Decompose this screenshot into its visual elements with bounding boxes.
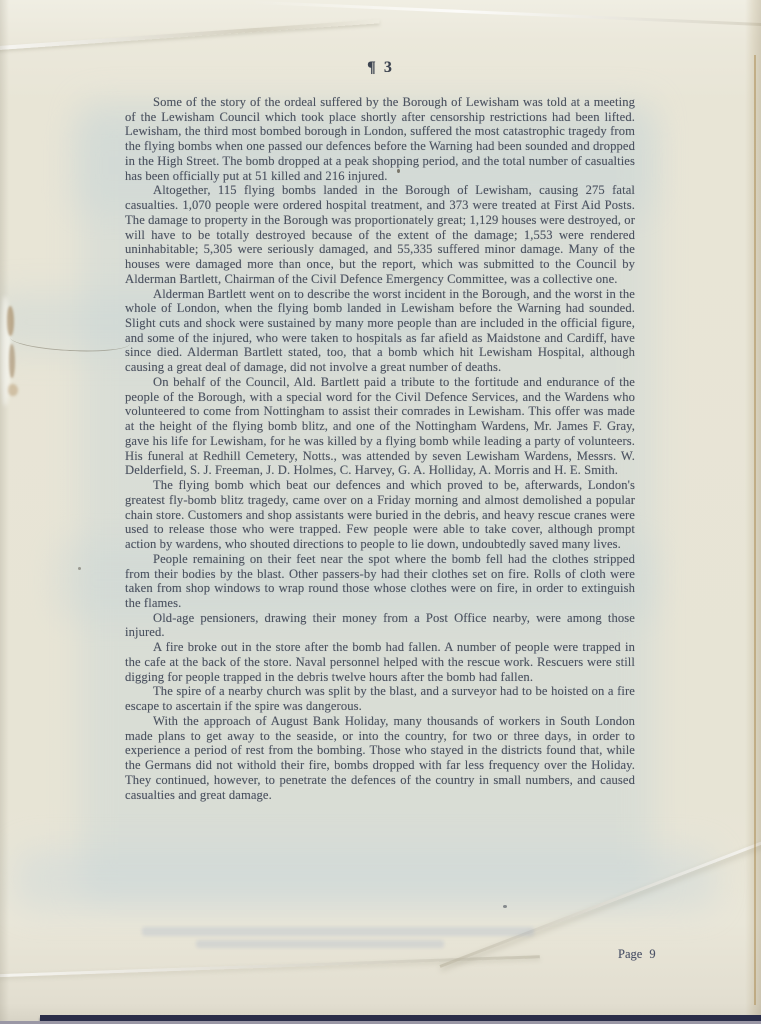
- page-corner-fold: [439, 822, 761, 968]
- paragraph: The flying bomb which beat our defences …: [125, 478, 635, 552]
- paragraph: On behalf of the Council, Ald. Bartlett …: [125, 375, 635, 478]
- paper-tear: [8, 384, 18, 396]
- paper-crease: [0, 19, 380, 52]
- scan-edge-bottom: [40, 1015, 761, 1021]
- page-edge-line: [754, 55, 756, 1005]
- bleed-through-smudge: [196, 940, 444, 948]
- dust-speck: [78, 567, 81, 570]
- scanned-page: ¶ 3 Some of the story of the ordeal suff…: [0, 0, 761, 1024]
- paper-tear: [7, 306, 14, 336]
- ink-bleed-haze: [15, 848, 715, 910]
- paragraph: People remaining on their feet near the …: [125, 552, 635, 611]
- bleed-through-smudge: [142, 927, 534, 936]
- paper-tear: [9, 344, 15, 378]
- article-body: Some of the story of the ordeal suffered…: [125, 95, 635, 802]
- paper-crease: [250, 1, 761, 27]
- paper-crease: [0, 955, 540, 978]
- paragraph: Alderman Bartlett went on to describe th…: [125, 287, 635, 375]
- page-number-footer: Page 9: [618, 947, 656, 962]
- paragraph: The spire of a nearby church was split b…: [125, 684, 635, 713]
- paragraph: Altogether, 115 flying bombs landed in t…: [125, 183, 635, 286]
- paper-crease: [10, 327, 131, 354]
- paragraph: Some of the story of the ordeal suffered…: [125, 95, 635, 183]
- paragraph: A fire broke out in the store after the …: [125, 640, 635, 684]
- scan-edge-right: [745, 0, 761, 1024]
- scan-edge-left: [0, 0, 9, 1024]
- paragraph: With the approach of August Bank Holiday…: [125, 714, 635, 802]
- section-number-heading: ¶ 3: [0, 59, 761, 77]
- paper-tear: [0, 296, 10, 406]
- dust-speck: [503, 905, 507, 908]
- paragraph: Old-age pensioners, drawing their money …: [125, 611, 635, 640]
